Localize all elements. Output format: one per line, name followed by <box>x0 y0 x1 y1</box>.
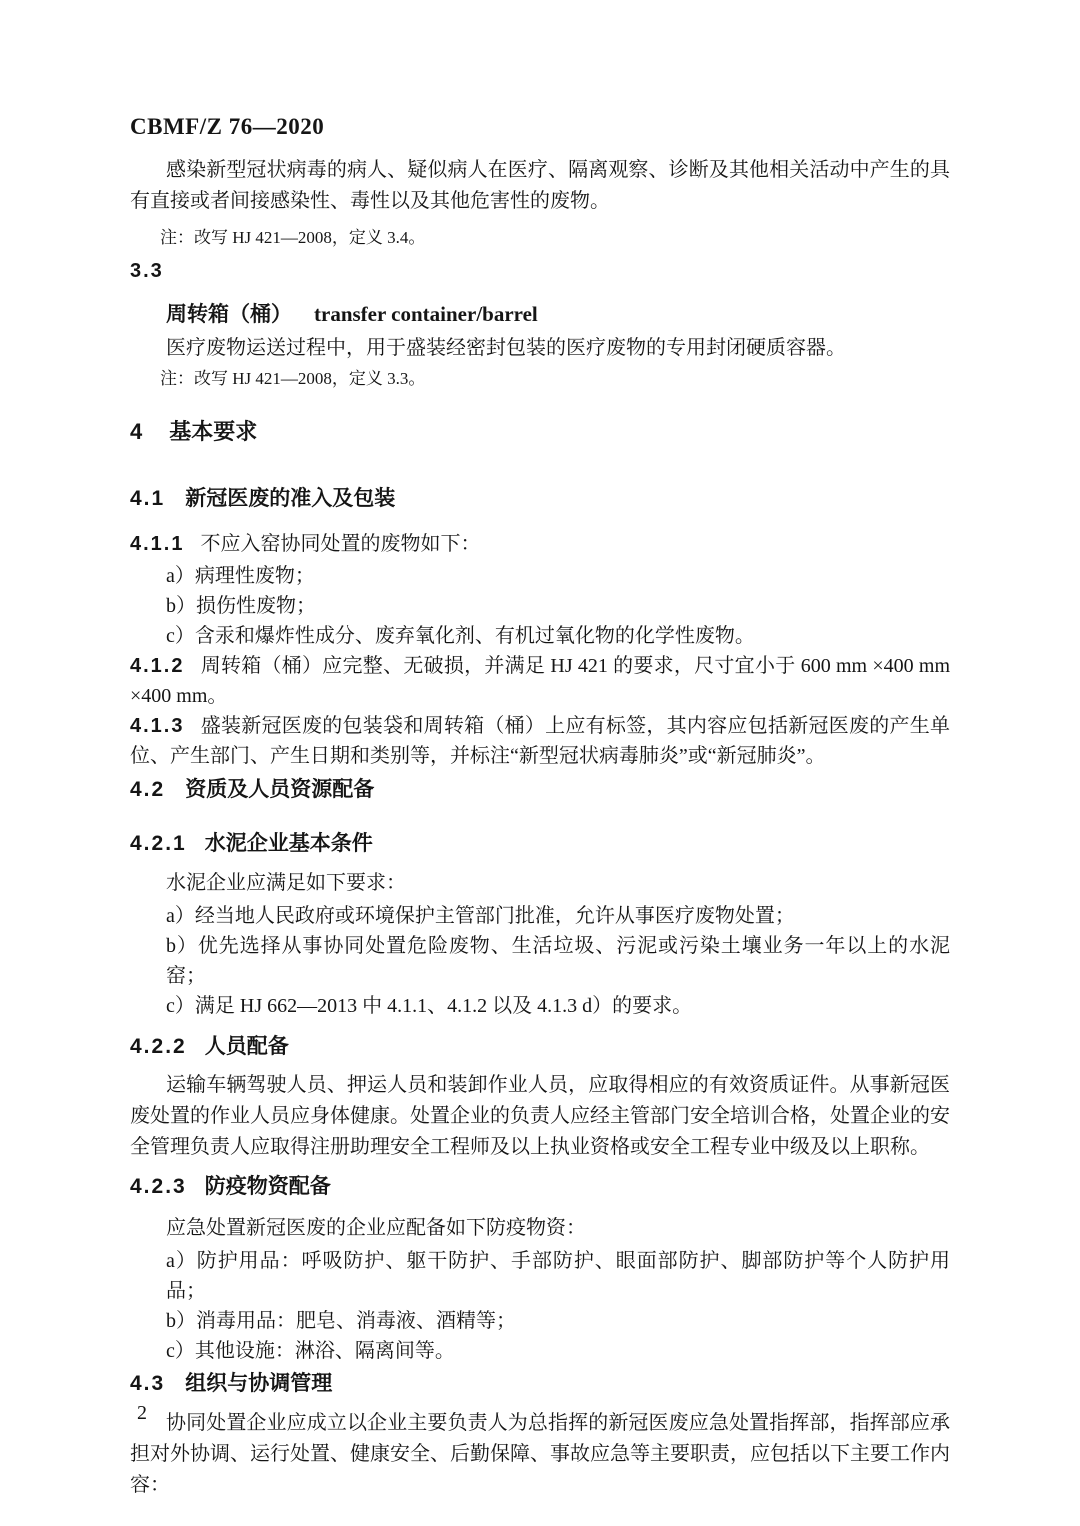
page-number: 2 <box>137 1400 147 1426</box>
term-3-3-line: 周转箱（桶）transfer container/barrel <box>130 298 950 331</box>
para-4-2-1-intro: 水泥企业应满足如下要求： <box>130 868 950 899</box>
standard-code-header: CBMF/Z 76—2020 <box>130 112 950 142</box>
clause-number-3-3: 3.3 <box>130 256 950 286</box>
section-4-2-3-heading: 4.2.3防疫物资配备 <box>130 1170 950 1204</box>
clause-4-1-3-text: 盛装新冠医废的包装袋和周转箱（桶）上应有标签，其内容应包括新冠医废的产生单位、产… <box>130 715 950 767</box>
list-item: c）满足 HJ 662—2013 中 4.1.1、4.1.2 以及 4.1.3 … <box>130 991 950 1021</box>
para-4-2-2: 运输车辆驾驶人员、押运人员和装卸作业人员，应取得相应的有效资质证件。从事新冠医废… <box>130 1070 950 1163</box>
section-4-2-2-heading: 4.2.2人员配备 <box>130 1030 950 1064</box>
clause-4-1-2-text: 周转箱（桶）应完整、无破损，并满足 HJ 421 的要求，尺寸宜小于 600 m… <box>130 655 950 707</box>
section-4-title: 基本要求 <box>169 419 257 444</box>
clause-4-1-2: 4.1.2周转箱（桶）应完整、无破损，并满足 HJ 421 的要求，尺寸宜小于 … <box>130 651 950 711</box>
section-4-2-2-title: 人员配备 <box>205 1035 289 1058</box>
section-4-3-title: 组织与协调管理 <box>185 1372 332 1395</box>
note-3-3: 注：改写 HJ 421—2008，定义 3.3。 <box>130 364 950 394</box>
clause-4-1-3: 4.1.3盛装新冠医废的包装袋和周转箱（桶）上应有标签，其内容应包括新冠医废的产… <box>130 711 950 771</box>
section-4-2-title: 资质及人员资源配备 <box>185 778 374 801</box>
section-4-2-heading: 4.2资质及人员资源配备 <box>130 773 950 807</box>
section-4-number: 4 <box>130 419 143 444</box>
list-item: a）防护用品：呼吸防护、躯干防护、手部防护、眼面部防护、脚部防护等个人防护用品； <box>130 1246 950 1306</box>
section-4-2-1-title: 水泥企业基本条件 <box>205 832 373 855</box>
para-4-2-3-intro: 应急处置新冠医废的企业应配备如下防疫物资： <box>130 1213 950 1244</box>
section-4-2-number: 4.2 <box>130 778 165 801</box>
clause-4-1-1: 4.1.1不应入窑协同处置的废物如下： <box>130 529 950 559</box>
section-4-heading: 4基本要求 <box>130 415 950 449</box>
list-item: b）消毒用品：肥皂、消毒液、酒精等； <box>130 1306 950 1336</box>
list-item: b）损伤性废物； <box>130 591 950 621</box>
clause-4-1-1-text: 不应入窑协同处置的废物如下： <box>200 533 480 555</box>
term-3-2-definition: 感染新型冠状病毒的病人、疑似病人在医疗、隔离观察、诊断及其他相关活动中产生的具有… <box>130 155 950 217</box>
section-4-3-heading: 4.3组织与协调管理 <box>130 1367 950 1401</box>
section-4-2-1-heading: 4.2.1水泥企业基本条件 <box>130 827 950 861</box>
term-3-3-definition: 医疗废物运送过程中，用于盛装经密封包装的医疗废物的专用封闭硬质容器。 <box>130 333 950 364</box>
term-3-3-chinese: 周转箱（桶） <box>166 303 292 326</box>
note-3-2: 注：改写 HJ 421—2008，定义 3.4。 <box>130 223 950 253</box>
term-3-3-english: transfer container/barrel <box>314 302 538 326</box>
clause-4-1-1-number: 4.1.1 <box>130 533 184 555</box>
list-4-2-1: a）经当地人民政府或环境保护主管部门批准，允许从事医疗废物处置； b）优先选择从… <box>130 901 950 1021</box>
list-4-1-1: a）病理性废物； b）损伤性废物； c）含汞和爆炸性成分、废弃氧化剂、有机过氧化… <box>130 561 950 651</box>
list-item: c）其他设施：淋浴、隔离间等。 <box>130 1336 950 1366</box>
section-4-1-heading: 4.1新冠医废的准入及包装 <box>130 482 950 516</box>
list-item: b）优先选择从事协同处置危险废物、生活垃圾、污泥或污染土壤业务一年以上的水泥窑； <box>130 931 950 991</box>
list-item: c）含汞和爆炸性成分、废弃氧化剂、有机过氧化物的化学性废物。 <box>130 621 950 651</box>
document-page: CBMF/Z 76—2020 感染新型冠状病毒的病人、疑似病人在医疗、隔离观察、… <box>0 0 1080 1526</box>
section-4-2-3-number: 4.2.3 <box>130 1175 187 1198</box>
clause-4-1-3-number: 4.1.3 <box>130 715 184 737</box>
section-4-3-number: 4.3 <box>130 1372 165 1395</box>
list-4-2-3: a）防护用品：呼吸防护、躯干防护、手部防护、眼面部防护、脚部防护等个人防护用品；… <box>130 1246 950 1366</box>
section-4-2-2-number: 4.2.2 <box>130 1035 187 1058</box>
section-4-2-1-number: 4.2.1 <box>130 832 187 855</box>
section-4-1-number: 4.1 <box>130 487 165 510</box>
list-item: a）经当地人民政府或环境保护主管部门批准，允许从事医疗废物处置； <box>130 901 950 931</box>
list-item: a）病理性废物； <box>130 561 950 591</box>
clause-4-1-2-number: 4.1.2 <box>130 655 184 677</box>
section-4-2-3-title: 防疫物资配备 <box>205 1175 331 1198</box>
para-4-3: 协同处置企业应成立以企业主要负责人为总指挥的新冠医废应急处置指挥部，指挥部应承担… <box>130 1408 950 1501</box>
section-4-1-title: 新冠医废的准入及包装 <box>185 487 395 510</box>
